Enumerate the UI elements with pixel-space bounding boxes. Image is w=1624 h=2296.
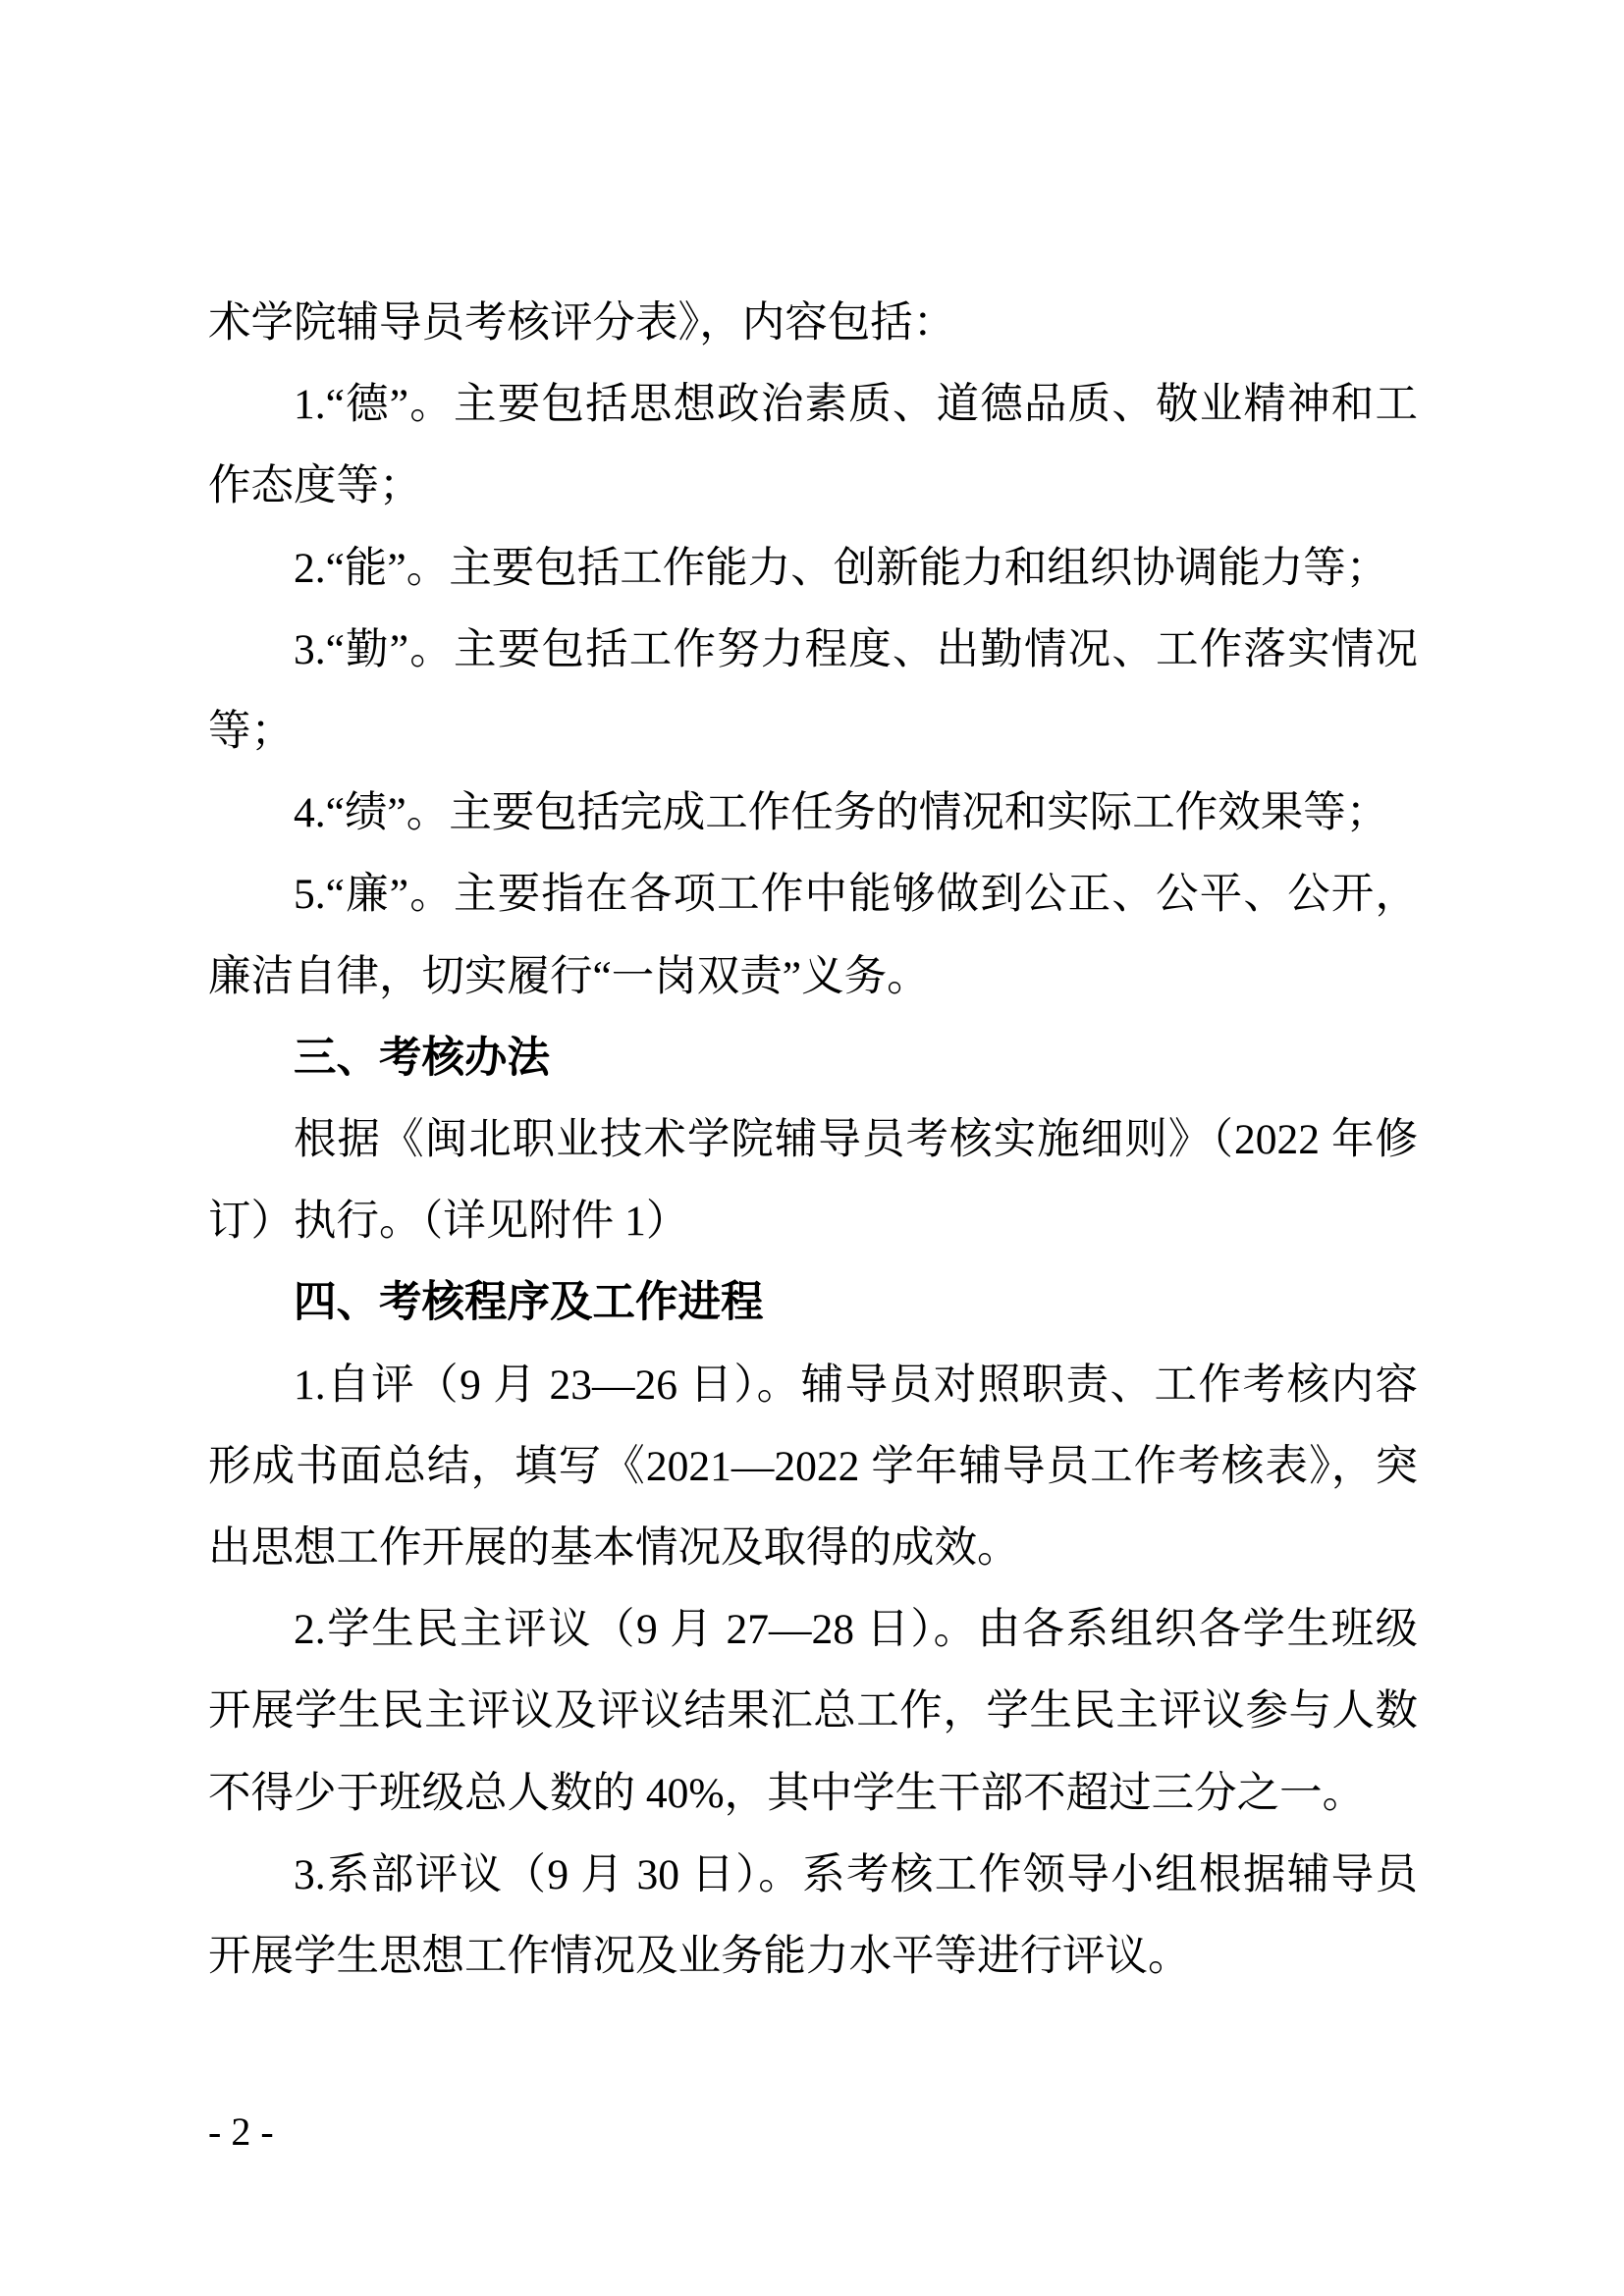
page-number: - 2 - [208, 2110, 274, 2154]
list-item-lian: 5.“廉”。主要指在各项工作中能够做到公正、公平、公开，廉洁自律，切实履行“一岗… [208, 854, 1418, 1017]
section-3-paragraph: 根据《闽北职业技术学院辅导员考核实施细则》（2022 年修订）执行。（详见附件 … [208, 1099, 1418, 1262]
document-body: 术学院辅导员考核评分表》，内容包括： 1.“德”。主要包括思想政治素质、道德品质… [208, 283, 1418, 1998]
section-heading-4: 四、考核程序及工作进程 [208, 1262, 1418, 1344]
continuation-paragraph: 术学院辅导员考核评分表》，内容包括： [208, 283, 1418, 364]
procedure-step-3: 3.系部评议（9 月 30 日）。系考核工作领导小组根据辅导员开展学生思想工作情… [208, 1835, 1418, 1998]
document-page: 术学院辅导员考核评分表》，内容包括： 1.“德”。主要包括思想政治素质、道德品质… [0, 0, 1624, 2296]
section-heading-3: 三、考核办法 [208, 1018, 1418, 1099]
procedure-step-2: 2.学生民主评议（9 月 27—28 日）。由各系组织各学生班级开展学生民主评议… [208, 1589, 1418, 1835]
list-item-qin: 3.“勤”。主要包括工作努力程度、出勤情况、工作落实情况等； [208, 610, 1418, 773]
list-item-neng: 2.“能”。主要包括工作能力、创新能力和组织协调能力等； [208, 528, 1418, 610]
list-item-de: 1.“德”。主要包括思想政治素质、道德品质、敬业精神和工作态度等； [208, 364, 1418, 527]
list-item-ji: 4.“绩”。主要包括完成工作任务的情况和实际工作效果等； [208, 773, 1418, 854]
procedure-step-1: 1.自评（9 月 23—26 日）。辅导员对照职责、工作考核内容形成书面总结，填… [208, 1345, 1418, 1590]
